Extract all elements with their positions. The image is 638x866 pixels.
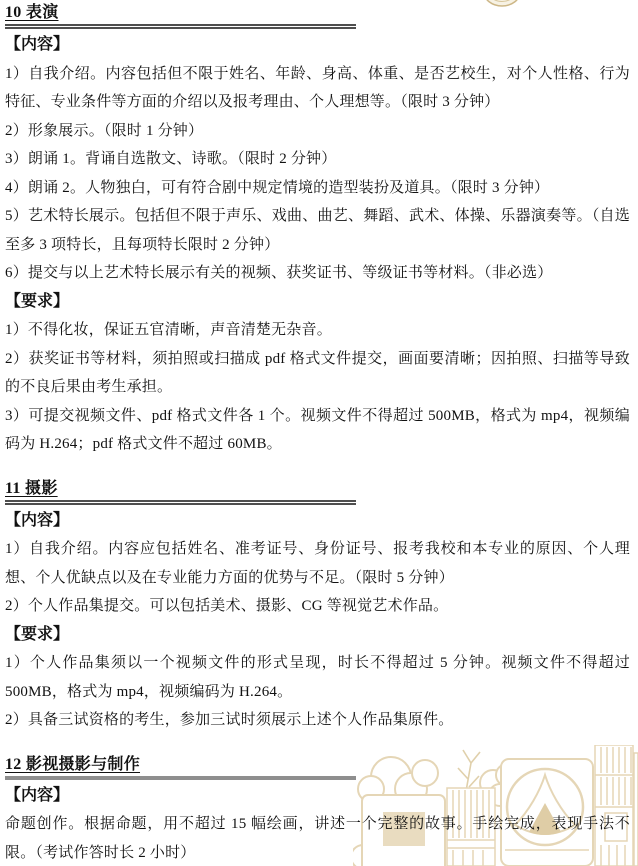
paragraph: 命题创作。根据命题，用不超过 15 幅绘画，讲述一个完整的故事。手绘完成，表现手… (5, 810, 630, 866)
paragraph: 1）自我介绍。内容包括但不限于姓名、年龄、身高、体重、是否艺校生，对个人性格、行… (5, 60, 630, 117)
document-body: 10 表演【内容】1）自我介绍。内容包括但不限于姓名、年龄、身高、体重、是否艺校… (0, 0, 638, 866)
section-11: 11 摄影【内容】1）自我介绍。内容应包括姓名、准考证号、身份证号、报考我校和本… (5, 479, 630, 735)
section-title: 12 影视摄影与制作 (5, 755, 140, 774)
paragraph: 3）可提交视频文件、pdf 格式文件各 1 个。视频文件不得超过 500MB，格… (5, 402, 630, 459)
subheading: 【要求】 (5, 288, 630, 317)
paragraph: 2）个人作品集提交。可以包括美术、摄影、CG 等视觉艺术作品。 (5, 592, 630, 621)
paragraph: 4）朗诵 2。人物独白，可有符合剧中规定情境的造型装扮及道具。（限时 3 分钟） (5, 174, 630, 203)
section-title: 10 表演 (5, 3, 59, 22)
section-10: 10 表演【内容】1）自我介绍。内容包括但不限于姓名、年龄、身高、体重、是否艺校… (5, 3, 630, 459)
paragraph: 3）朗诵 1。背诵自选散文、诗歌。（限时 2 分钟） (5, 145, 630, 174)
paragraph: 6）提交与以上艺术特长展示有关的视频、获奖证书、等级证书等材料。（非必选） (5, 259, 630, 288)
paragraph: 1）自我介绍。内容应包括姓名、准考证号、身份证号、报考我校和本专业的原因、个人理… (5, 535, 630, 592)
subheading: 【内容】 (5, 782, 630, 811)
section-heading: 11 摄影 (5, 479, 356, 505)
paragraph: 1）个人作品集须以一个视频文件的形式呈现，时长不得超过 5 分钟。视频文件不得超… (5, 649, 630, 706)
document-page: 10 表演【内容】1）自我介绍。内容包括但不限于姓名、年龄、身高、体重、是否艺校… (0, 0, 638, 866)
section-heading: 10 表演 (5, 3, 356, 29)
section-title: 11 摄影 (5, 479, 58, 498)
subheading: 【内容】 (5, 507, 630, 536)
paragraph: 2）具备三试资格的考生，参加三试时须展示上述个人作品集原件。 (5, 706, 630, 735)
subheading: 【内容】 (5, 31, 630, 60)
paragraph: 2）形象展示。（限时 1 分钟） (5, 117, 630, 146)
subheading: 【要求】 (5, 621, 630, 650)
paragraph: 2）获奖证书等材料，须拍照或扫描成 pdf 格式文件提交，画面要清晰；因拍照、扫… (5, 345, 630, 402)
paragraph: 1）不得化妆，保证五官清晰，声音清楚无杂音。 (5, 316, 630, 345)
section-heading: 12 影视摄影与制作 (5, 755, 356, 780)
paragraph: 5）艺术特长展示。包括但不限于声乐、戏曲、曲艺、舞蹈、武术、体操、乐器演奏等。（… (5, 202, 630, 259)
section-12: 12 影视摄影与制作【内容】命题创作。根据命题，用不超过 15 幅绘画，讲述一个… (5, 755, 630, 866)
